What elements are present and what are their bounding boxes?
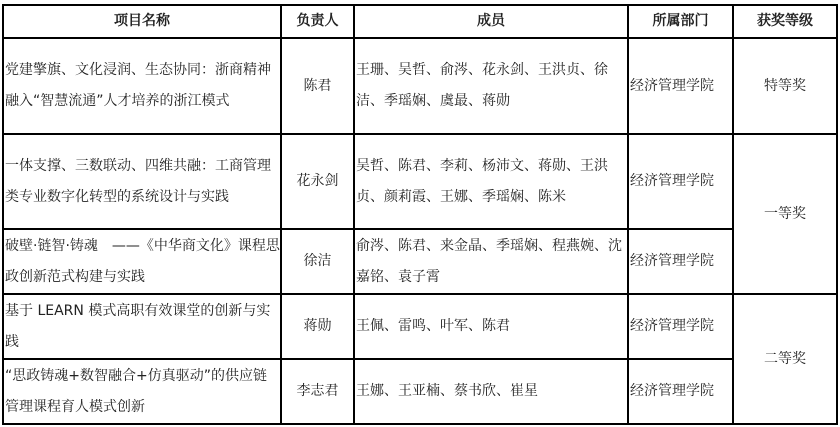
header-row: 项目名称 负责人 成员 所属部门 获奖等级 bbox=[3, 5, 837, 38]
members-cell: 王娜、王亚楠、蔡书欣、崔星 bbox=[354, 359, 628, 424]
leader-cell: 陈君 bbox=[281, 38, 354, 134]
department-cell: 经济管理学院 bbox=[628, 134, 733, 229]
leader-cell: 徐洁 bbox=[281, 229, 354, 294]
table-row: “思政铸魂+数智融合+仿真驱动”的供应链管理课程育人模式创新 李志君 王娜、王亚… bbox=[3, 359, 837, 424]
table-row: 基于 LEARN 模式高职有效课堂的创新与实践 蒋勋 王佩、雷鸣、叶军、陈君 经… bbox=[3, 294, 837, 359]
members-cell: 王佩、雷鸣、叶军、陈君 bbox=[354, 294, 628, 359]
table-row: 一体支撑、三数联动、四维共融：工商管理类专业数字化转型的系统设计与实践 花永剑 … bbox=[3, 134, 837, 229]
header-members: 成员 bbox=[354, 5, 628, 38]
members-cell: 吴哲、陈君、李莉、杨沛文、蒋勋、王洪贞、颜莉霞、王娜、季瑶娴、陈米 bbox=[354, 134, 628, 229]
awards-table: 项目名称 负责人 成员 所属部门 获奖等级 党建擎旗、文化浸润、生态协同：浙商精… bbox=[2, 4, 838, 425]
members-cell: 王珊、吴哲、俞涔、花永剑、王洪贞、徐洁、季瑶娴、虞最、蒋勋 bbox=[354, 38, 628, 134]
header-project-name: 项目名称 bbox=[3, 5, 281, 38]
project-name-cell: 基于 LEARN 模式高职有效课堂的创新与实践 bbox=[3, 294, 281, 359]
header-award-level: 获奖等级 bbox=[733, 5, 837, 38]
header-department: 所属部门 bbox=[628, 5, 733, 38]
members-cell: 俞涔、陈君、来金晶、季瑶娴、程燕婉、沈嘉铭、袁子霄 bbox=[354, 229, 628, 294]
department-cell: 经济管理学院 bbox=[628, 229, 733, 294]
project-name-cell: 破壁·链智·铸魂 ——《中华商文化》课程思政创新范式构建与实践 bbox=[3, 229, 281, 294]
department-cell: 经济管理学院 bbox=[628, 38, 733, 134]
project-name-cell: “思政铸魂+数智融合+仿真驱动”的供应链管理课程育人模式创新 bbox=[3, 359, 281, 424]
department-cell: 经济管理学院 bbox=[628, 294, 733, 359]
award-level-cell: 二等奖 bbox=[733, 294, 837, 424]
leader-cell: 花永剑 bbox=[281, 134, 354, 229]
leader-cell: 李志君 bbox=[281, 359, 354, 424]
department-cell: 经济管理学院 bbox=[628, 359, 733, 424]
award-level-cell: 一等奖 bbox=[733, 134, 837, 294]
project-name-cell: 一体支撑、三数联动、四维共融：工商管理类专业数字化转型的系统设计与实践 bbox=[3, 134, 281, 229]
award-level-cell: 特等奖 bbox=[733, 38, 837, 134]
header-leader: 负责人 bbox=[281, 5, 354, 38]
project-name-cell: 党建擎旗、文化浸润、生态协同：浙商精神融入“智慧流通”人才培养的浙江模式 bbox=[3, 38, 281, 134]
leader-cell: 蒋勋 bbox=[281, 294, 354, 359]
table-row: 党建擎旗、文化浸润、生态协同：浙商精神融入“智慧流通”人才培养的浙江模式 陈君 … bbox=[3, 38, 837, 134]
table-row: 破壁·链智·铸魂 ——《中华商文化》课程思政创新范式构建与实践 徐洁 俞涔、陈君… bbox=[3, 229, 837, 294]
